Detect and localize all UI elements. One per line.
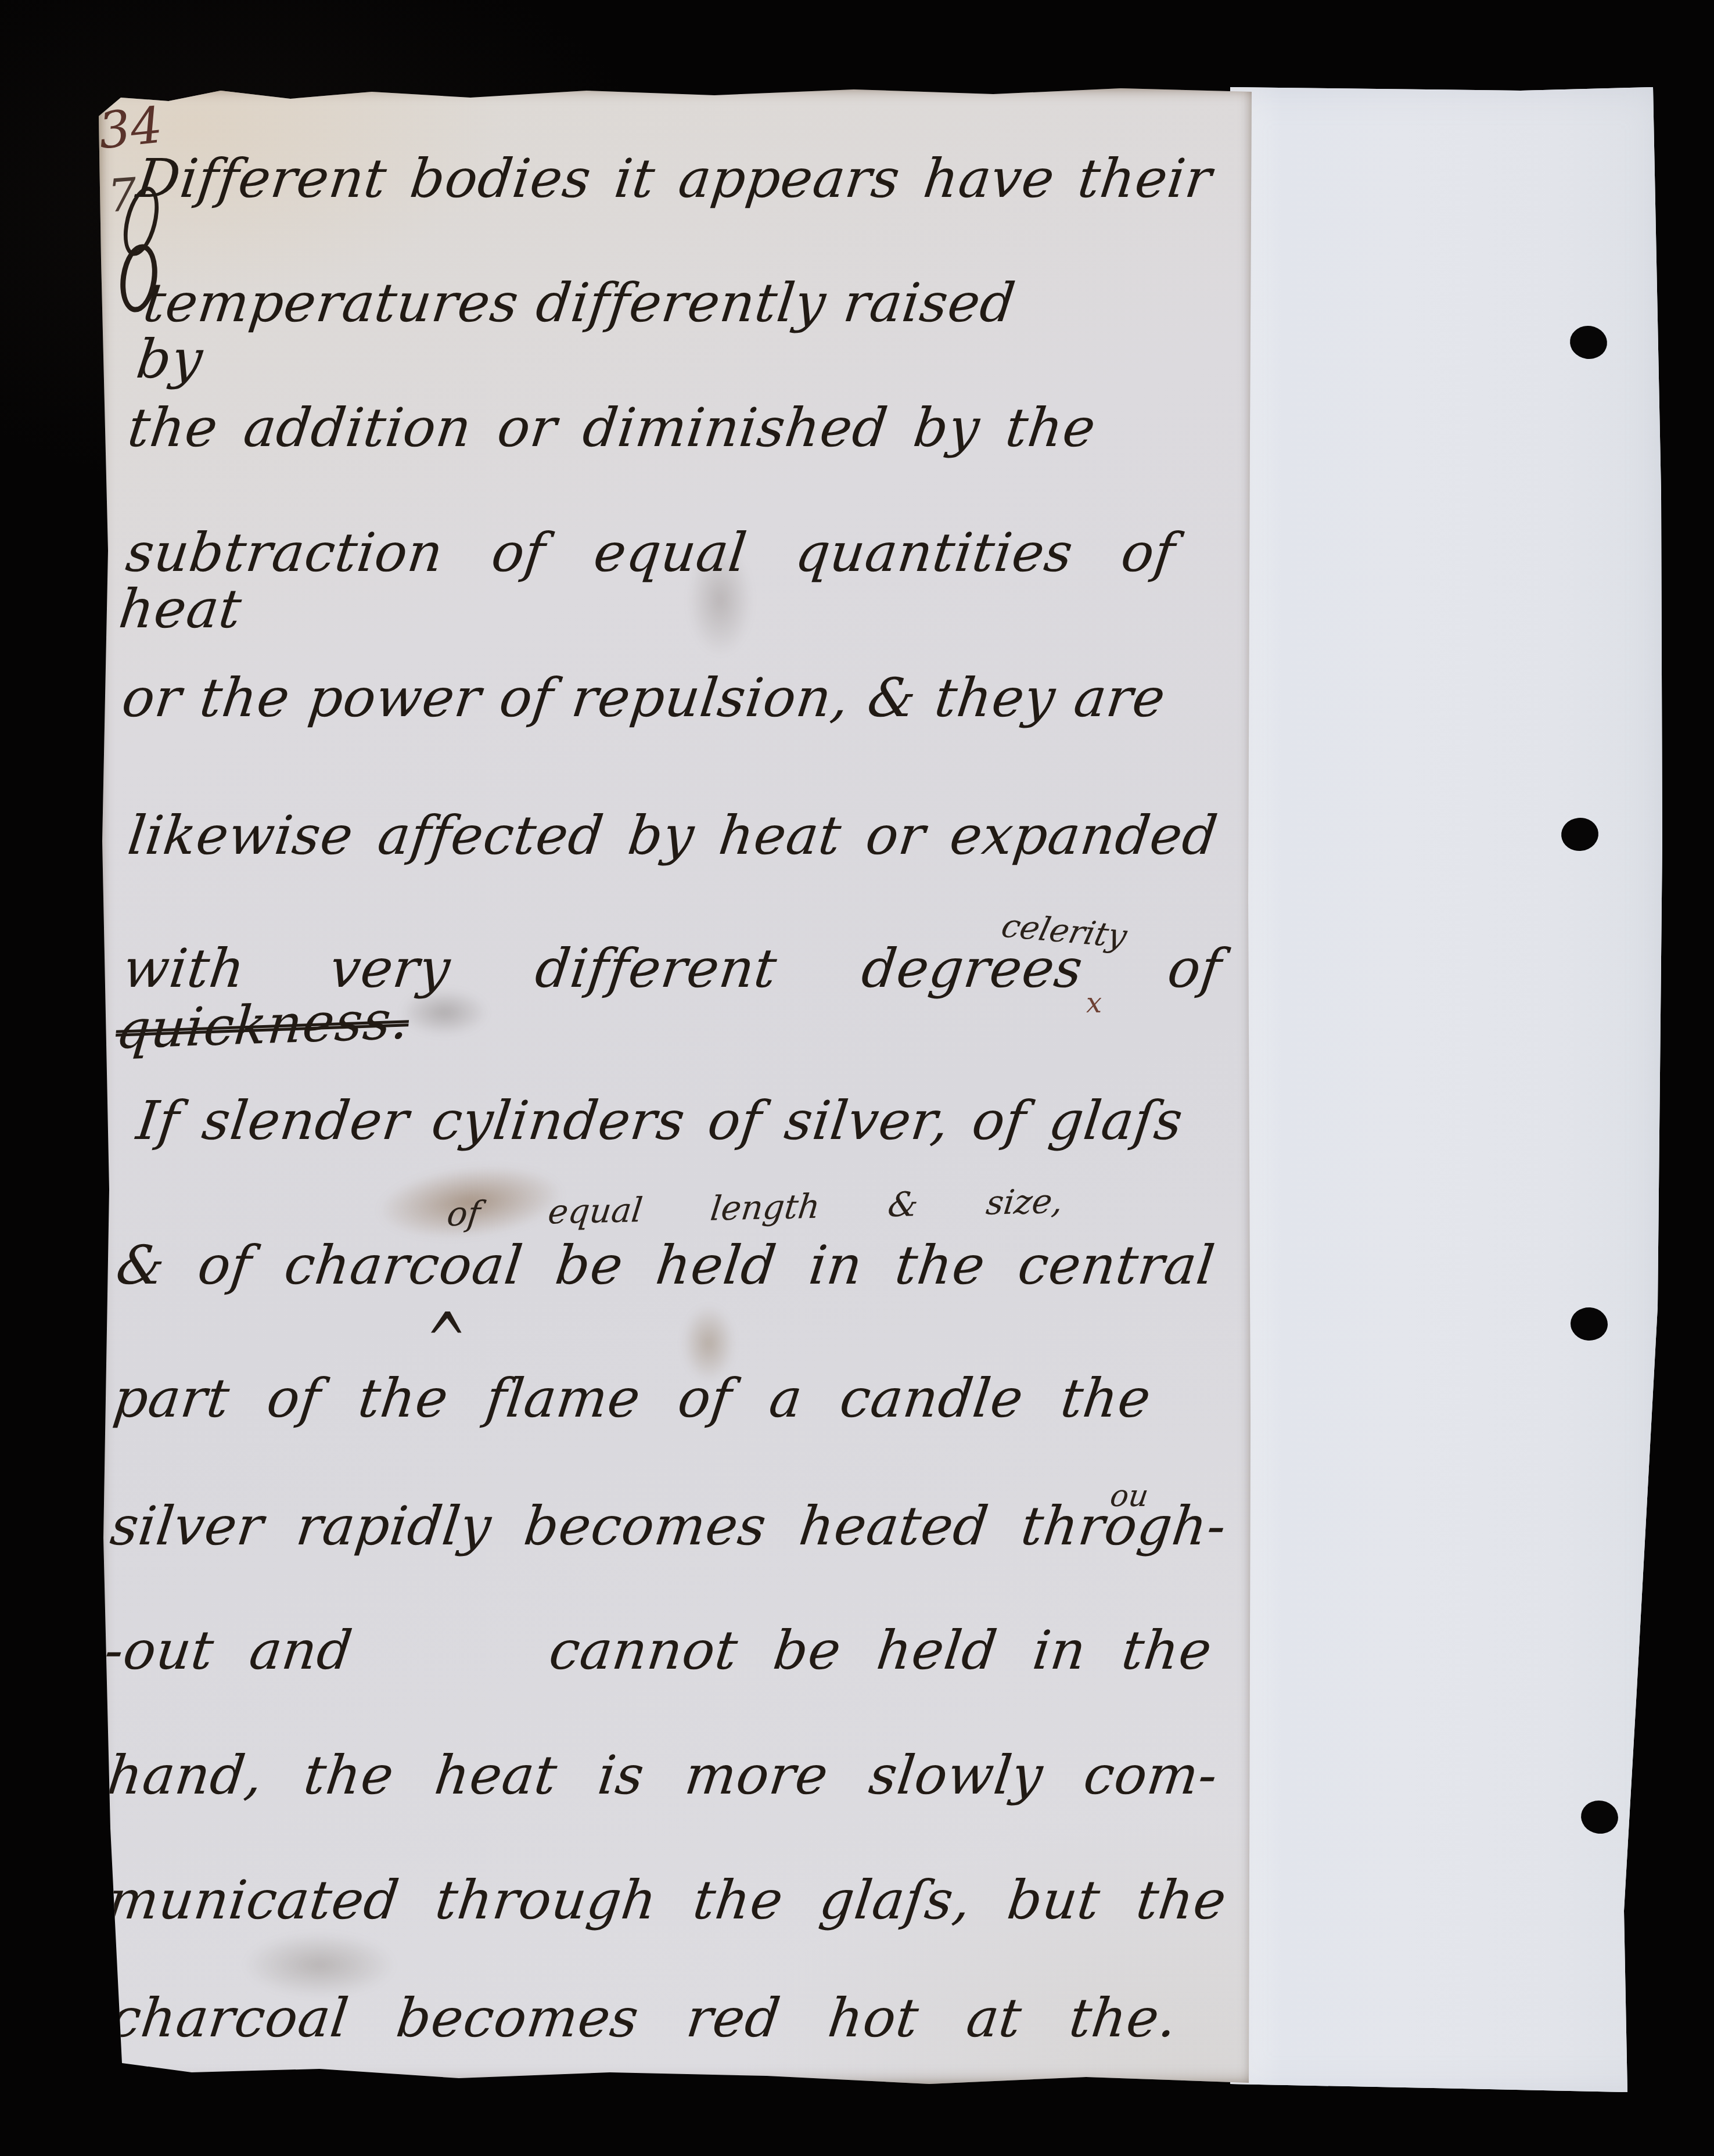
punch-hole <box>1568 324 1609 361</box>
punch-hole <box>1560 816 1600 853</box>
line-11-text: silver rapidly becomes heated <box>107 1495 992 1557</box>
handwritten-line-2: temperatures differently raised by <box>134 275 1019 387</box>
handwritten-line-7: with very different degrees of quickness… <box>113 941 1225 1053</box>
manuscript-page: 34 7 Different bodies it appears have th… <box>99 86 1252 2085</box>
superscript-insertion-ou: ou <box>1108 1481 1150 1511</box>
handwritten-line-10: part of the flame of a candle the <box>110 1371 1154 1427</box>
handwritten-line-6: likewise affected by heat or expanded <box>125 808 1221 864</box>
insertion-x-mark: x <box>1086 989 1102 1017</box>
handwritten-line-5: or the power of repulsion, & they are <box>119 670 1169 727</box>
line-12-second: cannot be held in the <box>546 1619 1216 1681</box>
handwritten-line-13: hand, the heat is more slowly com- <box>105 1748 1221 1804</box>
handwritten-line-8: If slender cylinders of silver, of glaſs <box>134 1093 1186 1149</box>
handwritten-line-9: & of charcoal be held in the central <box>113 1238 1218 1294</box>
handwritten-line-1: Different bodies it appears have their <box>134 151 1215 207</box>
punch-hole <box>1579 1798 1621 1837</box>
handwritten-line-3: the addition or diminished by the <box>125 400 1099 457</box>
struck-word: quickness. <box>114 992 412 1058</box>
interline-insertion-equal-size: of equal length & size, <box>445 1184 1065 1231</box>
handwritten-line-12: -out and cannot be held in the <box>102 1623 1215 1679</box>
handwritten-line-14: municated through the glaſs, but the <box>105 1873 1230 1929</box>
backing-sheet <box>1230 87 1663 2094</box>
punch-hole <box>1569 1306 1609 1342</box>
handwritten-line-11: silver rapidly becomes heated throgh- <box>107 1499 1230 1555</box>
photograph-background: 34 7 Different bodies it appears have th… <box>0 0 1714 2156</box>
handwritten-line-4: subtraction of equal quantities of heat <box>116 525 1178 637</box>
line-12-first: -out and <box>101 1619 355 1681</box>
handwritten-line-15: charcoal becomes red hot at the. <box>107 1990 1180 2047</box>
